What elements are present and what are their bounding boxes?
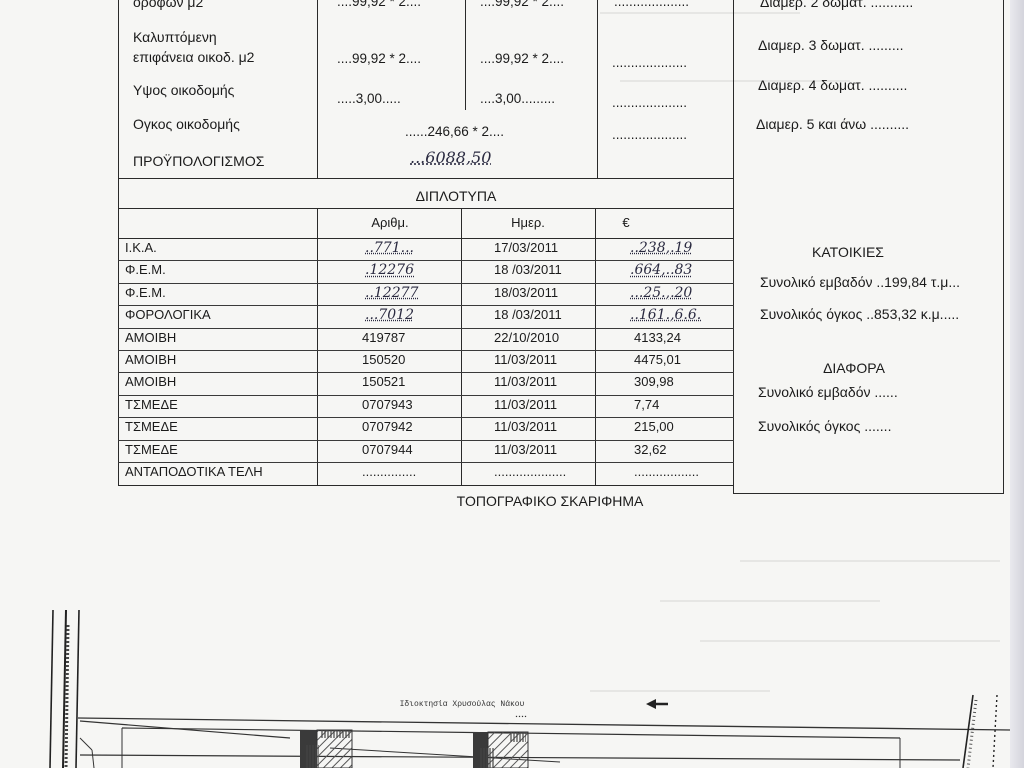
floors-area-value-3: .................... — [614, 0, 689, 9]
duplicate-date: 11/03/2011 — [494, 442, 557, 457]
duplicate-amount: 7,74 — [634, 397, 659, 412]
duplicate-type: ΑΜΟΙΒΗ — [125, 374, 176, 389]
header-divider — [118, 238, 734, 239]
building-height-label: Υψος οικοδομής — [133, 82, 234, 98]
row-divider — [118, 395, 734, 396]
row-divider — [118, 260, 734, 261]
table-border-right — [733, 0, 734, 493]
budget-label: ΠΡΟΫΠΟΛΟΓΙΣΜΟΣ — [133, 153, 264, 169]
col-divider — [595, 208, 596, 485]
duplicate-amount: ..161.,6.6. — [630, 307, 701, 323]
col-header-number: Αριθμ. — [371, 215, 408, 230]
duplicate-number: 0707942 — [362, 419, 413, 434]
duplicate-date: .................... — [494, 464, 566, 479]
duplicate-number: 0707943 — [362, 397, 413, 412]
apartment-3-rooms: Διαμερ. 3 δωματ. ......... — [758, 37, 903, 53]
duplicate-number: 150521 — [362, 374, 405, 389]
duplicate-number: ...7012 — [365, 307, 414, 323]
duplicate-number: ............... — [362, 464, 416, 479]
covered-area-value-2: ....99,92 * 2.... — [480, 51, 564, 66]
duplicate-number: ..771... — [365, 240, 414, 256]
row-divider — [118, 462, 734, 463]
road-right — [963, 695, 997, 768]
duplicate-amount: 32,62 — [634, 442, 667, 457]
duplicate-type: Ι.Κ.Α. — [125, 240, 157, 255]
row-divider — [118, 305, 734, 306]
panel-border-right — [1003, 0, 1004, 493]
covered-area-label-1: Καλυπτόμενη — [133, 29, 217, 45]
row-divider — [118, 328, 734, 329]
duplicate-date: 11/03/2011 — [494, 374, 557, 389]
apartment-4-rooms: Διαμερ. 4 δωματ. .......... — [758, 77, 907, 93]
residences-total-area: Συνολικό εμβαδόν ..199,84 τ.μ... — [760, 274, 960, 290]
building-height-value-1: .....3,00..... — [337, 91, 401, 106]
covered-area-value-1: ....99,92 * 2.... — [337, 51, 421, 66]
budget-value: ...6088,50 — [410, 148, 491, 167]
duplicate-date: 11/03/2011 — [494, 397, 557, 412]
covered-area-value-3: .................... — [612, 55, 687, 70]
duplicate-date: 18/03/2011 — [494, 285, 558, 300]
duplicate-date: 18 /03/2011 — [494, 262, 562, 277]
duplicate-date: 22/10/2010 — [494, 330, 559, 345]
duplicate-type: ΤΣΜΕΔΕ — [125, 397, 178, 412]
col-divider — [461, 208, 462, 485]
duplicate-number: 419787 — [362, 330, 405, 345]
duplicate-date: 11/03/2011 — [494, 352, 557, 367]
table-border-bottom — [118, 485, 734, 486]
building-volume-value: ......246,66 * 2.... — [405, 124, 504, 139]
building-left — [300, 730, 352, 768]
duplicate-amount: .664,..83 — [630, 262, 692, 278]
duplicate-type: Φ.Ε.Μ. — [125, 285, 166, 300]
residences-title: ΚΑΤΟΙΚΙΕΣ — [812, 244, 884, 260]
duplicate-amount: 4133,24 — [634, 330, 681, 345]
sketch-title: ΤΟΠΟΓΡΑΦΙΚΟ ΣΚΑΡΙΦΗΜΑ — [457, 493, 644, 509]
row-divider — [118, 440, 734, 441]
residences-total-volume: Συνολικός όγκος ..853,32 κ.μ..... — [760, 306, 959, 322]
duplicate-date: 18 /03/2011 — [494, 307, 562, 322]
duplicates-title: ΔΙΠΛΟΤΥΠΑ — [416, 188, 497, 204]
floors-area-value-2: ....99,92 * 2.... — [480, 0, 564, 9]
duplicate-number: ..12277 — [365, 285, 418, 301]
bleed-through — [600, 12, 800, 14]
apartment-2-rooms: Διαμερ. 2 δωματ. ........... — [760, 0, 913, 10]
duplicate-number: .12276 — [365, 262, 414, 278]
duplicate-number: 0707944 — [362, 442, 413, 457]
header-divider — [118, 208, 734, 209]
section-divider — [118, 178, 734, 179]
col-header-date: Ημερ. — [511, 215, 545, 230]
duplicate-type: ΤΣΜΕΔΕ — [125, 442, 178, 457]
col-divider — [465, 0, 466, 110]
row-divider — [118, 417, 734, 418]
building-volume-label: Ογκος οικοδομής — [133, 116, 240, 132]
col-header-amount: € — [622, 215, 629, 230]
property-boundaries — [78, 718, 1010, 768]
row-divider — [118, 372, 734, 373]
duplicate-date: 11/03/2011 — [494, 419, 557, 434]
duplicate-type: ΑΝΤΑΠΟΔΟΤΙΚΑ ΤΕΛΗ — [125, 464, 263, 479]
duplicate-amount: ..238,.19 — [630, 240, 692, 256]
panel-border-bottom — [733, 493, 1004, 494]
dimension-label: ▪▪▪▪ — [515, 714, 527, 720]
difference-total-volume: Συνολικός όγκος ....... — [758, 418, 891, 434]
row-divider — [118, 283, 734, 284]
road-left — [50, 610, 79, 768]
duplicate-amount: .................. — [634, 464, 699, 479]
floors-area-label: ορόφων μ2 — [133, 0, 203, 10]
duplicate-date: 17/03/2011 — [494, 240, 558, 255]
duplicate-amount: 215,00 — [634, 419, 674, 434]
difference-title: ΔΙΑΦΟΡΑ — [823, 360, 885, 376]
duplicate-number: 150520 — [362, 352, 405, 367]
scan-page-edge — [1010, 0, 1024, 768]
building-right — [473, 732, 528, 768]
col-divider — [597, 0, 598, 178]
owner-label: Ιδιοκτησία Χρυσούλας Νάκου — [400, 700, 525, 709]
duplicate-type: ΤΣΜΕΔΕ — [125, 419, 178, 434]
difference-total-area: Συνολικό εμβαδόν ...... — [758, 384, 898, 400]
floors-area-value-1: ....99,92 * 2.... — [337, 0, 421, 9]
building-height-value-3: .................... — [612, 95, 687, 110]
duplicate-amount: ...25.,.20 — [630, 285, 692, 301]
col-divider — [317, 0, 318, 178]
duplicate-amount: 309,98 — [634, 374, 674, 389]
duplicate-amount: 4475,01 — [634, 352, 681, 367]
table-border-left — [118, 0, 119, 485]
topographic-sketch: Ιδιοκτησία Χρυσούλας Νάκου ▪▪▪▪ — [0, 590, 1010, 768]
duplicate-type: ΦΟΡΟΛΟΓΙΚΑ — [125, 307, 211, 322]
covered-area-label-2: επιφάνεια οικοδ. μ2 — [133, 49, 254, 65]
building-volume-value-3: .................... — [612, 127, 687, 142]
duplicate-type: Φ.Ε.Μ. — [125, 262, 166, 277]
row-divider — [118, 350, 734, 351]
left-arrow-icon — [646, 699, 668, 709]
apartment-5-plus-rooms: Διαμερ. 5 και άνω .......... — [756, 116, 909, 132]
bleed-through — [740, 560, 1000, 562]
building-height-value-2: ....3,00......... — [480, 91, 555, 106]
duplicate-type: ΑΜΟΙΒΗ — [125, 330, 176, 345]
col-divider — [317, 208, 318, 485]
duplicate-type: ΑΜΟΙΒΗ — [125, 352, 176, 367]
